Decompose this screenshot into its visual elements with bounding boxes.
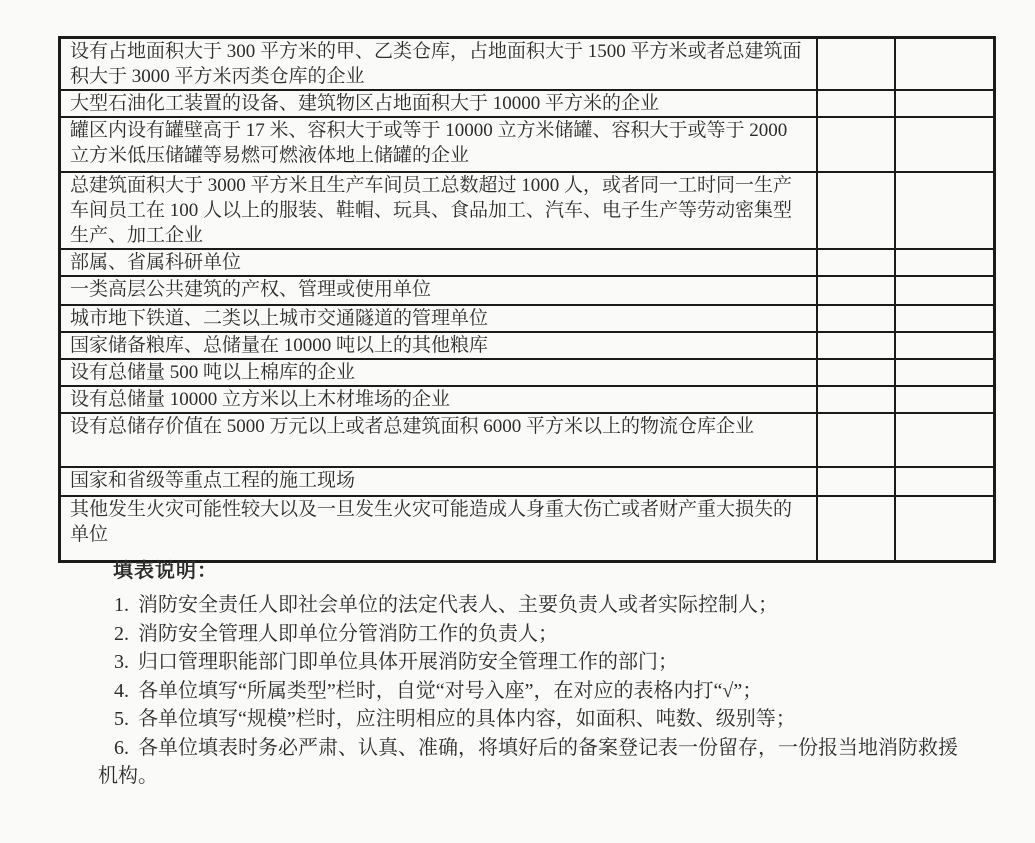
category-cell: 罐区内设有罐壁高于 17 米、容积大于或等于 10000 立方米储罐、容积大于或…	[60, 117, 817, 172]
scale-cell	[895, 386, 995, 413]
type-check-cell	[817, 90, 895, 117]
category-cell: 设有占地面积大于 300 平方米的甲、乙类仓库，占地面积大于 1500 平方米或…	[60, 38, 817, 91]
type-check-cell	[817, 172, 895, 249]
category-cell: 国家和省级等重点工程的施工现场	[60, 467, 817, 496]
table-row: 设有总储量 10000 立方米以上木材堆场的企业	[60, 386, 995, 413]
note-item: 4.各单位填写“所属类型”栏时，自觉“对号入座”，在对应的表格内打“√”；	[98, 677, 974, 706]
category-cell: 设有总储量 10000 立方米以上木材堆场的企业	[60, 386, 817, 413]
type-check-cell	[817, 386, 895, 413]
category-cell: 大型石油化工装置的设备、建筑物区占地面积大于 10000 平方米的企业	[60, 90, 817, 117]
note-number: 3.	[114, 651, 138, 673]
note-text: 各单位填表时务必严肃、认真、准确，将填好后的备案登记表一份留存，一份报当地消防救…	[98, 737, 958, 788]
table-row: 城市地下铁道、二类以上城市交通隧道的管理单位	[60, 305, 995, 332]
table-row: 一类高层公共建筑的产权、管理或使用单位	[60, 276, 995, 305]
category-cell: 城市地下铁道、二类以上城市交通隧道的管理单位	[60, 305, 817, 332]
type-check-cell	[817, 117, 895, 172]
scale-cell	[895, 467, 995, 496]
note-item: 5.各单位填写“规模”栏时，应注明相应的具体内容，如面积、吨数、级别等；	[98, 705, 974, 734]
category-cell: 设有总储量 500 吨以上棉库的企业	[60, 359, 817, 386]
note-number: 1.	[114, 594, 138, 616]
note-item: 3.归口管理职能部门即单位具体开展消防安全管理工作的部门；	[98, 648, 974, 677]
table-row: 总建筑面积大于 3000 平方米且生产车间员工总数超过 1000 人，或者同一工…	[60, 172, 995, 249]
table-row: 国家储备粮库、总储量在 10000 吨以上的其他粮库	[60, 332, 995, 359]
type-check-cell	[817, 496, 895, 561]
type-check-cell	[817, 276, 895, 305]
unit-category-table: 设有占地面积大于 300 平方米的甲、乙类仓库，占地面积大于 1500 平方米或…	[58, 36, 996, 563]
note-item: 6.各单位填表时务必严肃、认真、准确，将填好后的备案登记表一份留存，一份报当地消…	[98, 734, 974, 791]
note-text: 各单位填写“所属类型”栏时，自觉“对号入座”，在对应的表格内打“√”；	[138, 680, 762, 702]
category-cell: 其他发生火灾可能性较大以及一旦发生火灾可能造成人身重大伤亡或者财产重大损失的单位	[60, 496, 817, 561]
note-item: 2.消防安全管理人即单位分管消防工作的负责人；	[98, 620, 974, 649]
scale-cell	[895, 305, 995, 332]
note-number: 5.	[114, 708, 138, 730]
type-check-cell	[817, 332, 895, 359]
type-check-cell	[817, 305, 895, 332]
table-row: 其他发生火灾可能性较大以及一旦发生火灾可能造成人身重大伤亡或者财产重大损失的单位	[60, 496, 995, 561]
table-row: 罐区内设有罐壁高于 17 米、容积大于或等于 10000 立方米储罐、容积大于或…	[60, 117, 995, 172]
table-row: 国家和省级等重点工程的施工现场	[60, 467, 995, 496]
scale-cell	[895, 413, 995, 467]
type-check-cell	[817, 359, 895, 386]
type-check-cell	[817, 467, 895, 496]
table-row: 设有总储量 500 吨以上棉库的企业	[60, 359, 995, 386]
table-row: 设有总储存价值在 5000 万元以上或者总建筑面积 6000 平方米以上的物流仓…	[60, 413, 995, 467]
table-row: 大型石油化工装置的设备、建筑物区占地面积大于 10000 平方米的企业	[60, 90, 995, 117]
notes-heading: 填表说明：	[98, 556, 974, 586]
type-check-cell	[817, 38, 895, 91]
type-check-cell	[817, 413, 895, 467]
type-check-cell	[817, 249, 895, 276]
scale-cell	[895, 172, 995, 249]
scale-cell	[895, 332, 995, 359]
note-number: 4.	[114, 680, 138, 702]
note-number: 6.	[114, 737, 138, 759]
category-cell: 设有总储存价值在 5000 万元以上或者总建筑面积 6000 平方米以上的物流仓…	[60, 413, 817, 467]
scale-cell	[895, 38, 995, 91]
note-item: 1.消防安全责任人即社会单位的法定代表人、主要负责人或者实际控制人；	[98, 591, 974, 620]
scale-cell	[895, 117, 995, 172]
notes-list: 1.消防安全责任人即社会单位的法定代表人、主要负责人或者实际控制人；2.消防安全…	[98, 591, 974, 791]
table-row: 设有占地面积大于 300 平方米的甲、乙类仓库，占地面积大于 1500 平方米或…	[60, 38, 995, 91]
note-number: 2.	[114, 623, 138, 645]
scale-cell	[895, 359, 995, 386]
category-cell: 国家储备粮库、总储量在 10000 吨以上的其他粮库	[60, 332, 817, 359]
scale-cell	[895, 249, 995, 276]
category-cell: 部属、省属科研单位	[60, 249, 817, 276]
note-text: 各单位填写“规模”栏时，应注明相应的具体内容，如面积、吨数、级别等；	[138, 708, 796, 730]
scale-cell	[895, 276, 995, 305]
scale-cell	[895, 90, 995, 117]
note-text: 消防安全管理人即单位分管消防工作的负责人；	[138, 623, 558, 645]
category-cell: 一类高层公共建筑的产权、管理或使用单位	[60, 276, 817, 305]
table-row: 部属、省属科研单位	[60, 249, 995, 276]
note-text: 消防安全责任人即社会单位的法定代表人、主要负责人或者实际控制人；	[138, 594, 778, 616]
form-notes-section: 填表说明： 1.消防安全责任人即社会单位的法定代表人、主要负责人或者实际控制人；…	[98, 556, 974, 791]
category-cell: 总建筑面积大于 3000 平方米且生产车间员工总数超过 1000 人，或者同一工…	[60, 172, 817, 249]
note-text: 归口管理职能部门即单位具体开展消防安全管理工作的部门；	[138, 651, 678, 673]
scale-cell	[895, 496, 995, 561]
